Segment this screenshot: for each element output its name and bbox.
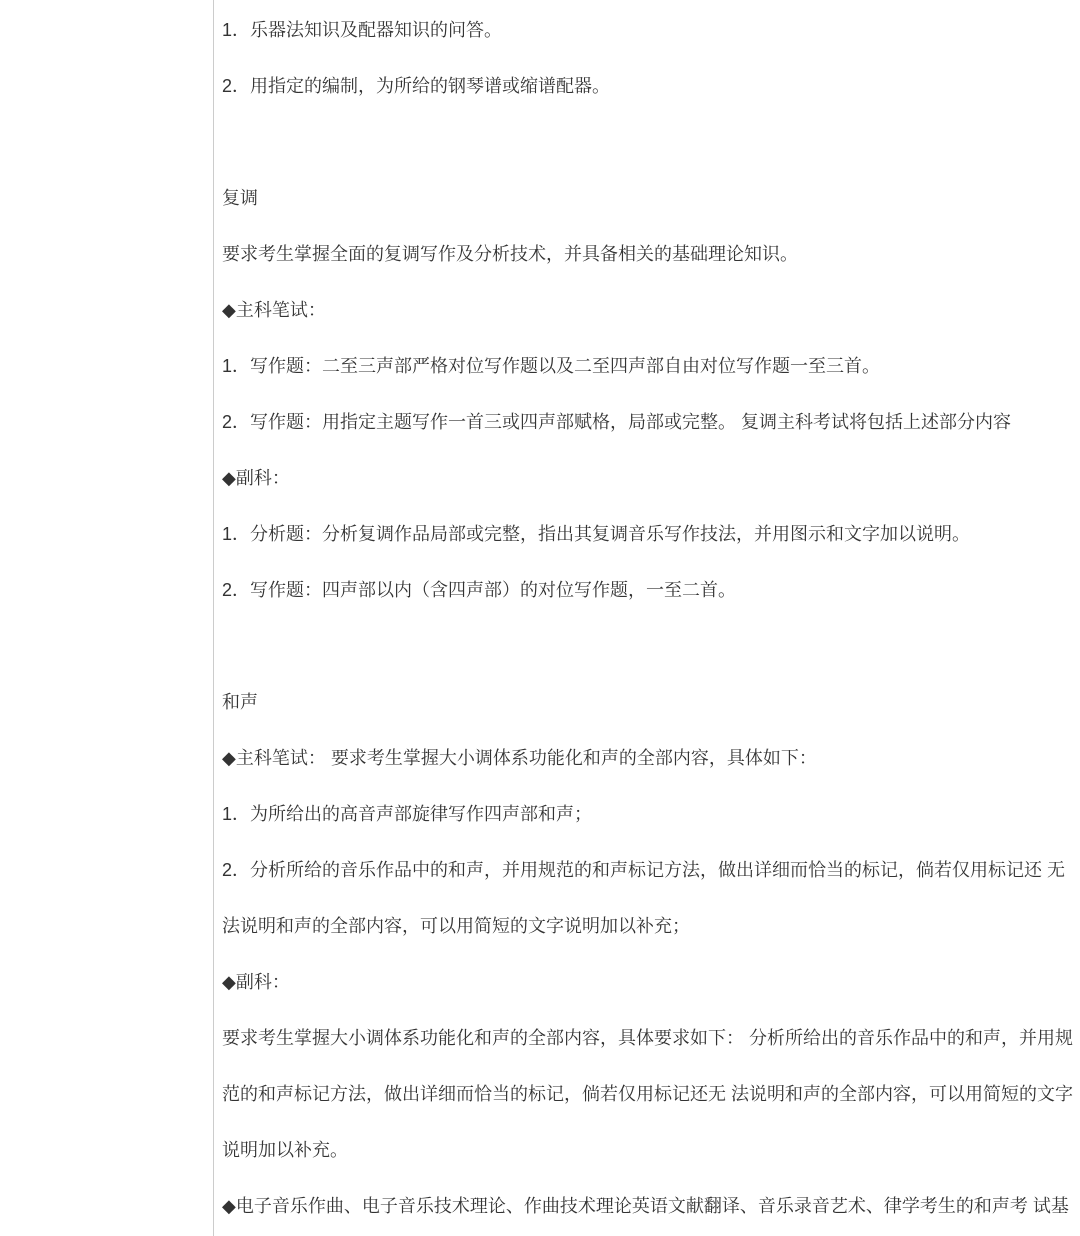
document-body: 1．乐器法知识及配器知识的问答。 2．用指定的编制，为所给的钢琴谱或缩谱配器。 … bbox=[222, 2, 1080, 1234]
harmony-main-item-1: 1．为所给出的高音声部旋律写作四声部和声； bbox=[222, 786, 1080, 842]
orchestration-item-2: 2．用指定的编制，为所给的钢琴谱或缩谱配器。 bbox=[222, 58, 1080, 114]
harmony-minor-label: ◆副科： bbox=[222, 954, 1080, 1010]
polyphony-main-item-1: 1．写作题：二至三声部严格对位写作题以及二至四声部自由对位写作题一至三首。 bbox=[222, 338, 1080, 394]
harmony-main-item-2-line-2: 法说明和声的全部内容，可以用简短的文字说明加以补充； bbox=[222, 898, 1080, 954]
left-border-divider bbox=[213, 0, 214, 1236]
harmony-section-heading: 和声 bbox=[222, 674, 1080, 730]
polyphony-main-exam-label: ◆主科笔试： bbox=[222, 282, 1080, 338]
orchestration-item-1: 1．乐器法知识及配器知识的问答。 bbox=[222, 2, 1080, 58]
polyphony-section-heading: 复调 bbox=[222, 170, 1080, 226]
polyphony-minor-label: ◆副科： bbox=[222, 450, 1080, 506]
harmony-minor-text-line-3: 说明加以补充。 bbox=[222, 1122, 1080, 1178]
polyphony-minor-item-2: 2．写作题：四声部以内（含四声部）的对位写作题，一至二首。 bbox=[222, 562, 1080, 618]
harmony-main-exam-line: ◆主科笔试： 要求考生掌握大小调体系功能化和声的全部内容，具体如下： bbox=[222, 730, 1080, 786]
harmony-main-item-2-line-1: 2．分析所给的音乐作品中的和声，并用规范的和声标记方法，做出详细而恰当的标记，倘… bbox=[222, 842, 1080, 898]
harmony-other-majors-note: ◆电子音乐作曲、电子音乐技术理论、作曲技术理论英语文献翻译、音乐录音艺术、律学考… bbox=[222, 1178, 1080, 1234]
polyphony-minor-item-1: 1．分析题：分析复调作品局部或完整，指出其复调音乐写作技法，并用图示和文字加以说… bbox=[222, 506, 1080, 562]
harmony-minor-text-line-2: 范的和声标记方法，做出详细而恰当的标记，倘若仅用标记还无 法说明和声的全部内容，… bbox=[222, 1066, 1080, 1122]
spacer-line bbox=[222, 618, 1080, 674]
polyphony-intro-text: 要求考生掌握全面的复调写作及分析技术，并具备相关的基础理论知识。 bbox=[222, 226, 1080, 282]
harmony-minor-text-line-1: 要求考生掌握大小调体系功能化和声的全部内容，具体要求如下： 分析所给出的音乐作品… bbox=[222, 1010, 1080, 1066]
spacer-line bbox=[222, 114, 1080, 170]
polyphony-main-item-2: 2．写作题：用指定主题写作一首三或四声部赋格，局部或完整。 复调主科考试将包括上… bbox=[222, 394, 1080, 450]
